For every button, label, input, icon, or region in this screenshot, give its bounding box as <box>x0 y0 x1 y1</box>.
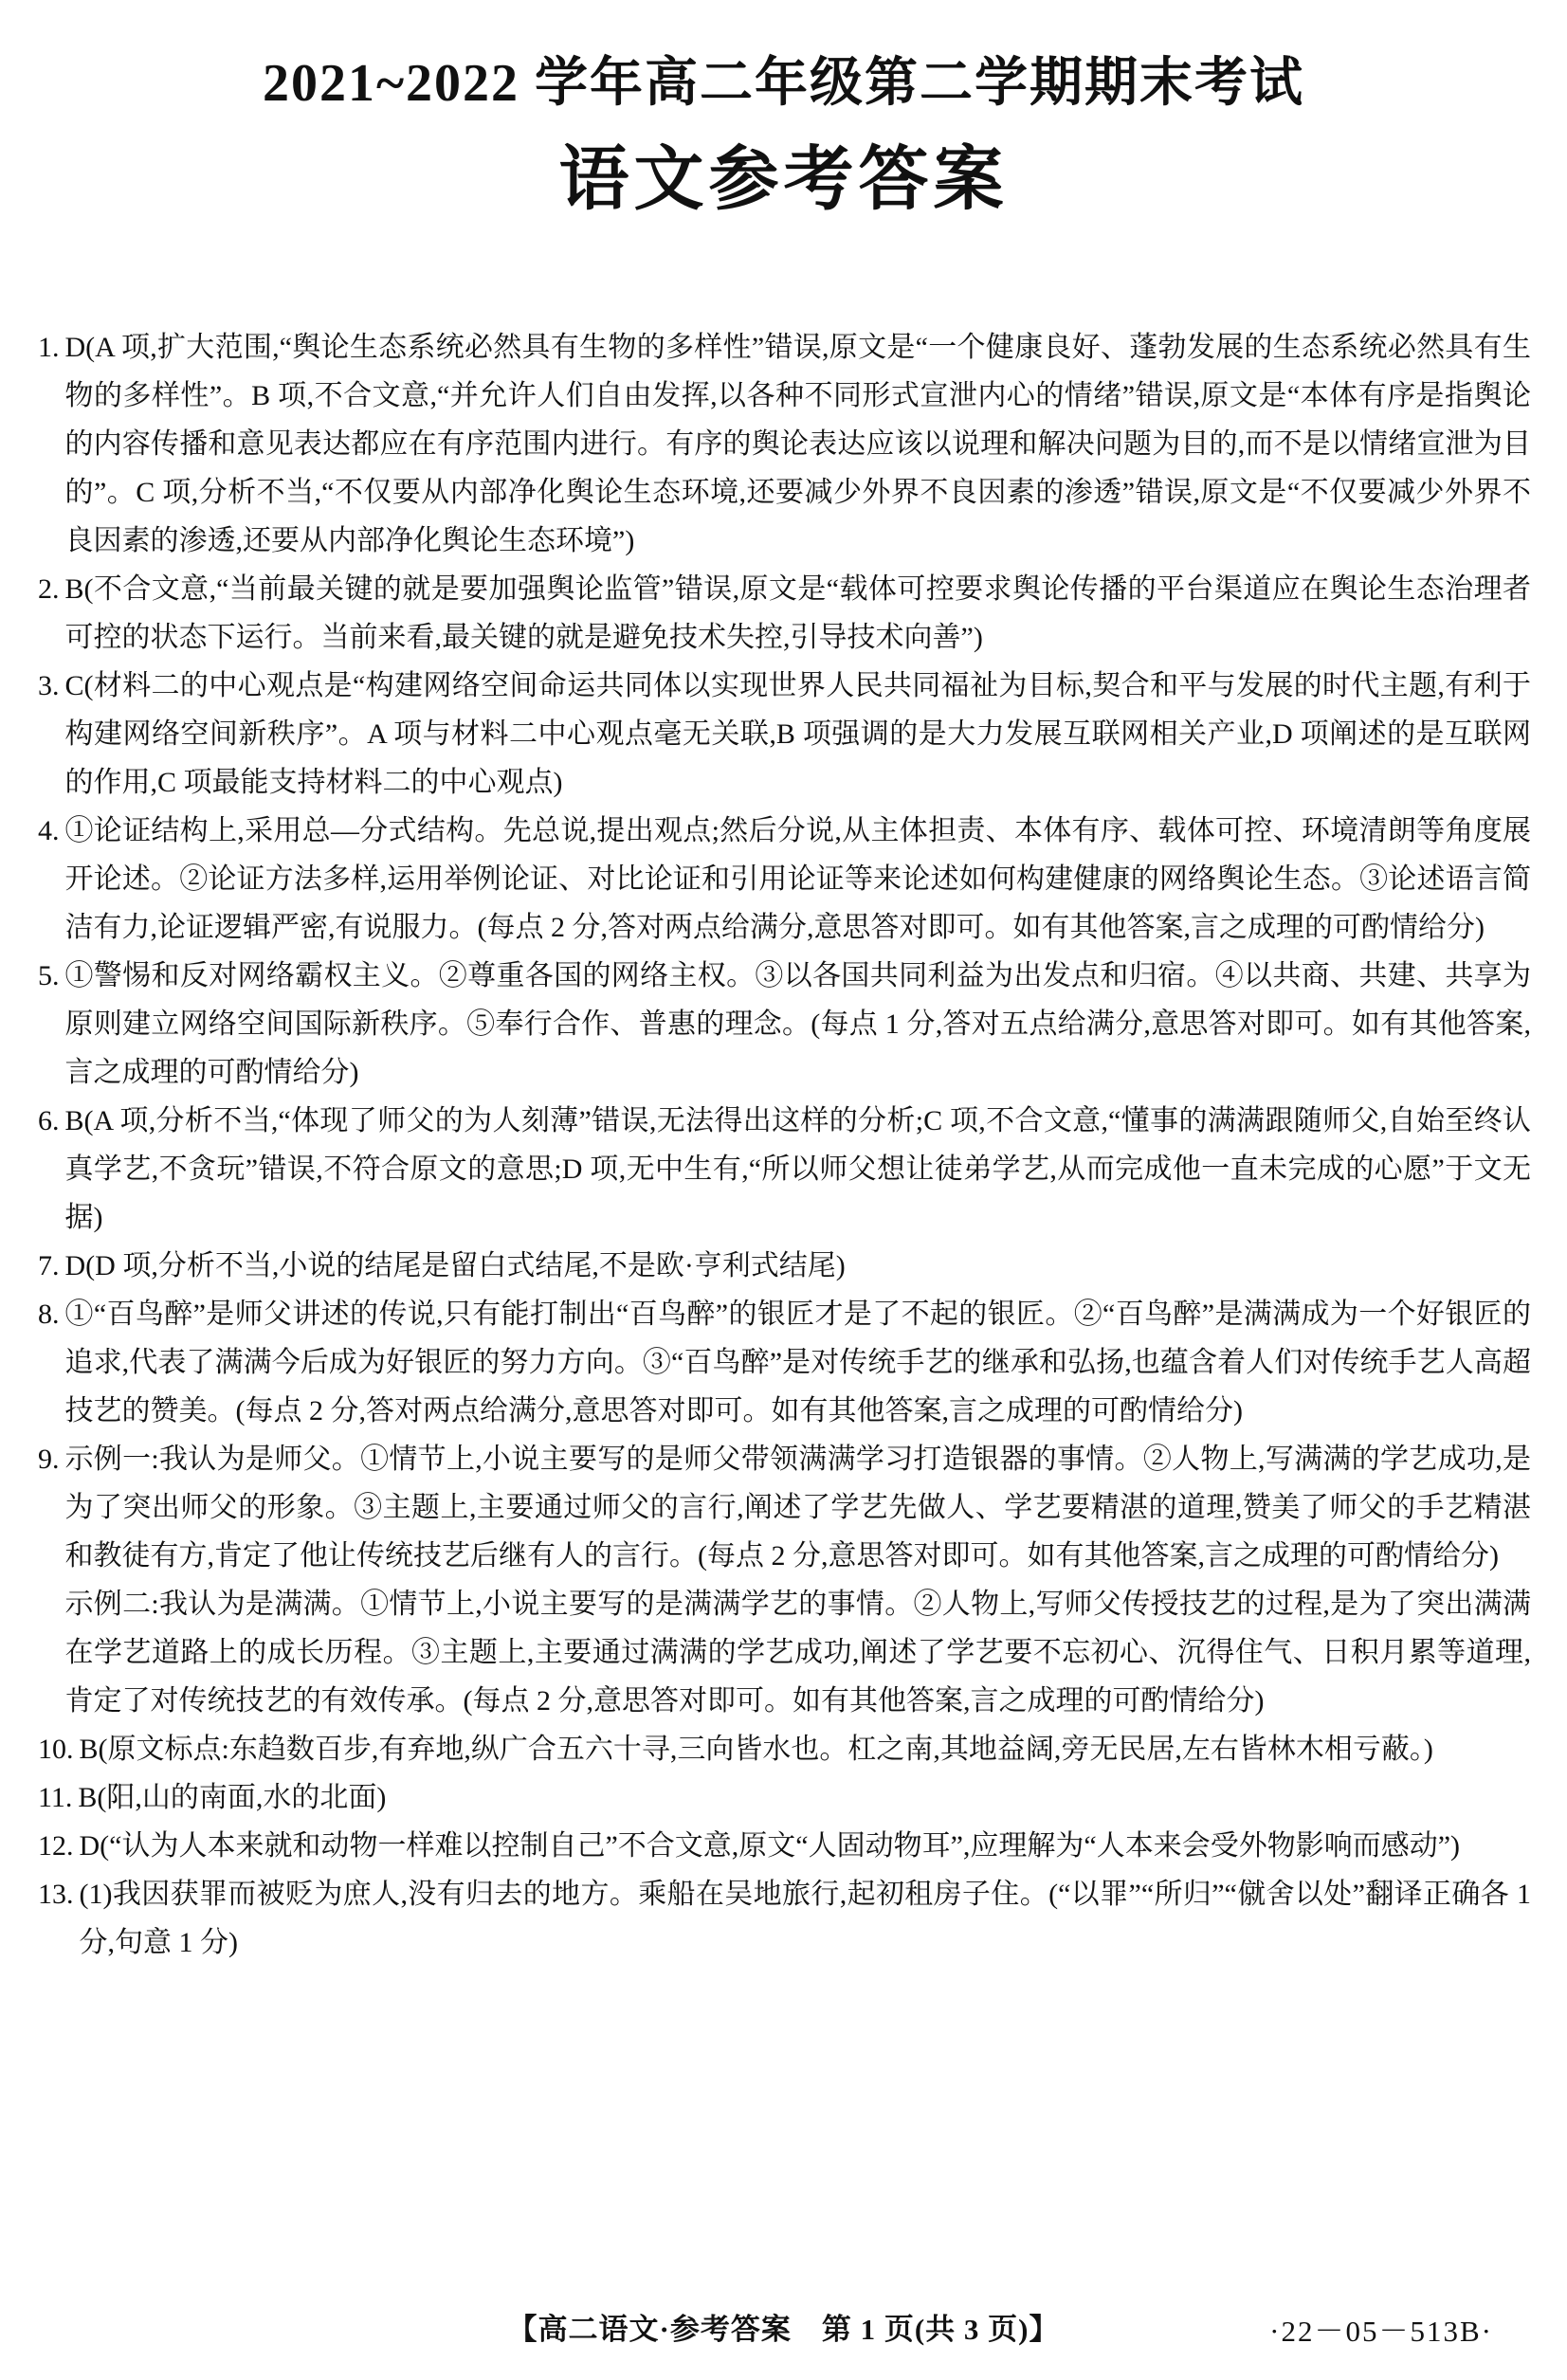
answer-number-4: 4. <box>38 807 60 855</box>
answer-number-5: 5. <box>38 952 60 1000</box>
answer-number-9: 9. <box>38 1435 60 1483</box>
answer-text-11: B(阳,山的南面,水的北面) <box>78 1773 1531 1822</box>
answer-item-7: 7. D(D 项,分析不当,小说的结尾是留白式结尾,不是欧·亨利式结尾) <box>38 1242 1531 1290</box>
answer-item-10: 10. B(原文标点:东趋数百步,有弃地,纵广合五六十寻,三向皆水也。杠之南,其… <box>38 1725 1531 1773</box>
answer-text-1: D(A 项,扩大范围,“舆论生态系统必然具有生物的多样性”错误,原文是“一个健康… <box>65 323 1532 565</box>
answer-number-11: 11. <box>38 1773 72 1822</box>
answer-number-10: 10. <box>38 1725 74 1773</box>
answer-item-12: 12. D(“认为人本来就和动物一样难以控制自己”不合文意,原文“人固动物耳”,… <box>38 1822 1531 1870</box>
answer-item-13: 13. (1)我因获罪而被贬为庶人,没有归去的地方。乘船在吴地旅行,起初租房子住… <box>38 1870 1531 1967</box>
exam-title: 2021~2022 学年高二年级第二学期期末考试 <box>0 53 1567 114</box>
answer-number-3: 3. <box>38 662 60 710</box>
answer-number-13: 13. <box>38 1870 74 1918</box>
answer-number-8: 8. <box>38 1290 60 1338</box>
answer-sheet-subtitle: 语文参考答案 <box>0 138 1567 219</box>
answer-item-4: 4. ①论证结构上,采用总—分式结构。先总说,提出观点;然后分说,从主体担责、本… <box>38 807 1531 952</box>
answer-text-2: B(不合文意,“当前最关键的就是要加强舆论监管”错误,原文是“载体可控要求舆论传… <box>65 565 1532 662</box>
answer-text-6: B(A 项,分析不当,“体现了师父的为人刻薄”错误,无法得出这样的分析;C 项,… <box>65 1097 1532 1242</box>
answer-sheet-page: 2021~2022 学年高二年级第二学期期末考试 语文参考答案 1. D(A 项… <box>0 0 1567 2380</box>
answer-number-7: 7. <box>38 1242 60 1290</box>
page-header: 2021~2022 学年高二年级第二学期期末考试 语文参考答案 <box>0 0 1567 219</box>
answer-text-7: D(D 项,分析不当,小说的结尾是留白式结尾,不是欧·亨利式结尾) <box>65 1242 1532 1290</box>
answer-item-6: 6. B(A 项,分析不当,“体现了师父的为人刻薄”错误,无法得出这样的分析;C… <box>38 1097 1531 1242</box>
answer-text-12: D(“认为人本来就和动物一样难以控制自己”不合文意,原文“人固动物耳”,应理解为… <box>80 1822 1532 1870</box>
answer-text-8: ①“百鸟醉”是师父讲述的传说,只有能打制出“百鸟醉”的银匠才是了不起的银匠。②“… <box>65 1290 1532 1435</box>
answer-number-12: 12. <box>38 1822 74 1870</box>
answer-item-9: 9. 示例一:我认为是师父。①情节上,小说主要写的是师父带领满满学习打造银器的事… <box>38 1435 1531 1725</box>
answer-text-10: B(原文标点:东趋数百步,有弃地,纵广合五六十寻,三向皆水也。杠之南,其地益阔,… <box>80 1725 1532 1773</box>
answer-text-3: C(材料二的中心观点是“构建网络空间命运共同体以实现世界人民共同福祉为目标,契合… <box>65 662 1532 807</box>
answer-text-5: ①警惕和反对网络霸权主义。②尊重各国的网络主权。③以各国共同利益为出发点和归宿。… <box>65 952 1532 1097</box>
footer-doc-code: ·22－05－513B· <box>1269 2307 1493 2350</box>
answer-text-9-example-2: 示例二:我认为是满满。①情节上,小说主要写的是满满学艺的事情。②人物上,写师父传… <box>65 1580 1532 1725</box>
answer-item-5: 5. ①警惕和反对网络霸权主义。②尊重各国的网络主权。③以各国共同利益为出发点和… <box>38 952 1531 1097</box>
answer-number-1: 1. <box>38 323 60 372</box>
footer-page-info: 【高二语文·参考答案 第 1 页(共 3 页)】 <box>508 2313 1060 2346</box>
answer-item-11: 11. B(阳,山的南面,水的北面) <box>38 1773 1531 1822</box>
answer-item-1: 1. D(A 项,扩大范围,“舆论生态系统必然具有生物的多样性”错误,原文是“一… <box>38 323 1531 565</box>
answer-text-9-example-1: 示例一:我认为是师父。①情节上,小说主要写的是师父带领满满学习打造银器的事情。②… <box>65 1435 1532 1580</box>
answer-number-2: 2. <box>38 565 60 613</box>
answer-item-2: 2. B(不合文意,“当前最关键的就是要加强舆论监管”错误,原文是“载体可控要求… <box>38 565 1531 662</box>
answer-text-13: (1)我因获罪而被贬为庶人,没有归去的地方。乘船在吴地旅行,起初租房子住。(“以… <box>80 1870 1532 1967</box>
answer-text-4: ①论证结构上,采用总—分式结构。先总说,提出观点;然后分说,从主体担责、本体有序… <box>65 807 1532 952</box>
answer-item-3: 3. C(材料二的中心观点是“构建网络空间命运共同体以实现世界人民共同福祉为目标… <box>38 662 1531 807</box>
page-footer: 【高二语文·参考答案 第 1 页(共 3 页)】 ·22－05－513B· <box>0 2305 1567 2356</box>
answers-list: 1. D(A 项,扩大范围,“舆论生态系统必然具有生物的多样性”错误,原文是“一… <box>38 323 1531 1967</box>
answer-number-6: 6. <box>38 1097 60 1145</box>
answer-item-8: 8. ①“百鸟醉”是师父讲述的传说,只有能打制出“百鸟醉”的银匠才是了不起的银匠… <box>38 1290 1531 1435</box>
